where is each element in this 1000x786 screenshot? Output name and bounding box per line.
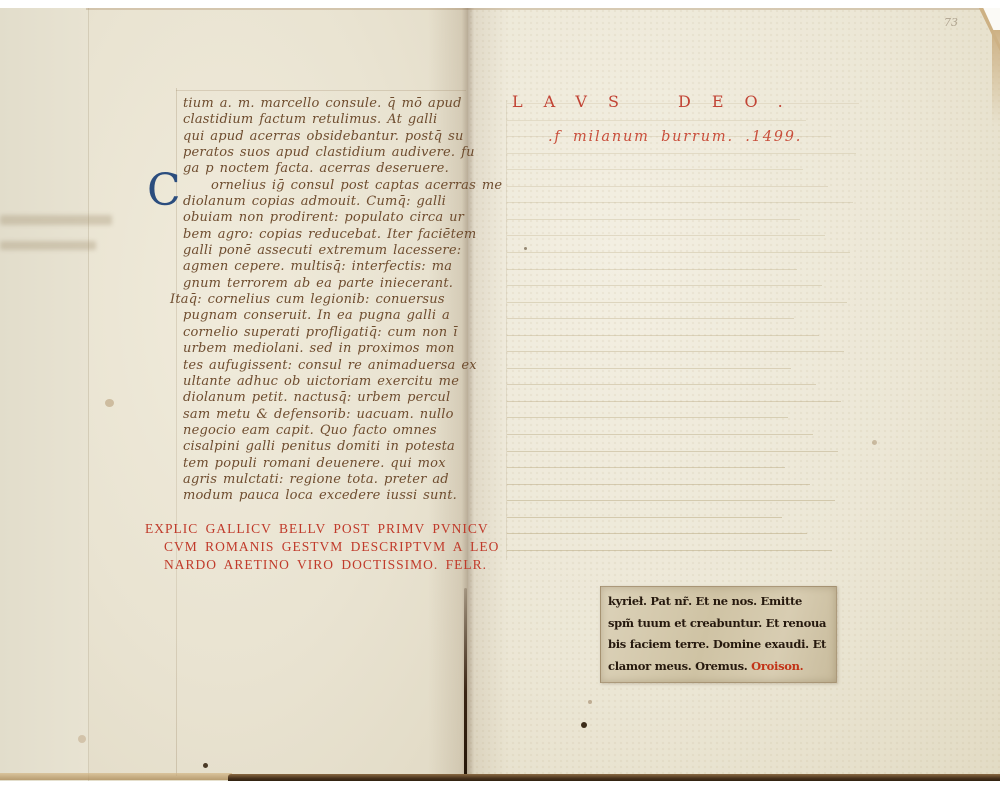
manuscript-line: peratos suos apud clastidium audivere. f… [183, 145, 479, 161]
ruled-line [507, 451, 838, 452]
speck [872, 440, 877, 445]
photo-frame-bottom [0, 781, 1000, 786]
paragraph: ornelius iḡ consul post captas acerras m… [183, 178, 479, 292]
fragment-text: bis faciem terre. Domine exaudi. Et [608, 637, 826, 651]
speck [78, 735, 86, 743]
manuscript-line: tium a. m. marcello consule. q̄ mō apud [183, 96, 479, 112]
ruled-line [507, 285, 822, 286]
manuscript-line: urbem mediolani. sed in proximos mon [183, 341, 479, 357]
manuscript-photo: tium a. m. marcello consule. q̄ mō apudc… [0, 0, 1000, 786]
right-fore-edge [992, 30, 1000, 125]
fragment-line: clamor meus. Oremus. Oroison. [608, 656, 829, 678]
ruled-line [507, 318, 794, 319]
gutter-line [464, 588, 467, 778]
manuscript-line: gnum terrorem ab ea parte iniecerant. [183, 276, 479, 292]
page-top-edge [86, 8, 986, 10]
ruled-line [507, 434, 813, 435]
drop-cap-initial-c: C [147, 172, 181, 210]
ruled-line [507, 467, 785, 468]
manuscript-line: diolanum copias admouit. Cumq̄: galli [183, 194, 479, 210]
fragment-line: kyrieł. Pat nr̃. Et ne nos. Emitte [608, 591, 829, 613]
manuscript-line: galli ponē assecuti extremum lacessere: [183, 243, 479, 259]
manuscript-line: modum pauca loca excedere iussi sunt. [183, 488, 479, 504]
pasted-fragment: kyrieł. Pat nr̃. Et ne nos. Emittespm̃ t… [600, 586, 837, 683]
manuscript-line: cisalpini galli penitus domiti in potest… [183, 439, 479, 455]
left-bottom-page-edges [0, 773, 232, 780]
manuscript-line: qui apud acerras obsidebantur. postq̄ su [183, 129, 479, 145]
ruled-line [507, 533, 807, 534]
ruled-line [507, 517, 782, 518]
ruled-line [507, 153, 856, 154]
ruled-line [507, 384, 816, 385]
ruled-line [507, 500, 835, 501]
ruled-line [507, 368, 791, 369]
manuscript-line: pugnam conseruit. In ea pugna galli a [183, 308, 479, 324]
explicit-line: CVM ROMANIS GESTVM DESCRIPTVM A LEO [164, 538, 499, 556]
speck [581, 722, 587, 728]
ruled-line [507, 186, 828, 187]
manuscript-line: clastidium factum retulimus. At galli [183, 112, 479, 128]
ruled-line [507, 120, 806, 121]
manuscript-line: negocio eam capit. Quo facto omnes [183, 423, 479, 439]
manuscript-line: ornelius iḡ consul post captas acerras m… [183, 178, 479, 194]
manuscript-line: sam metu & defensorib: uacuam. nullo [183, 407, 479, 423]
left-top-rule [176, 90, 466, 91]
ruled-line [507, 550, 832, 551]
manuscript-line: bem agro: copias reducebat. Iter faciēte… [183, 227, 479, 243]
left-page-edge-stack [0, 8, 89, 781]
fragment-text: clamor meus. Oremus. [608, 659, 751, 673]
ruled-line [507, 335, 819, 336]
manuscript-line: tes aufugissent: consul re animaduersa e… [183, 358, 479, 374]
manuscript-line: ga p noctem facta. acerras deseruere. [183, 161, 479, 177]
manuscript-line: diolanum petit. nactusq̄: urbem percul [183, 390, 479, 406]
manuscript-line: tem populi romani deuenere. qui mox [183, 456, 479, 472]
laus-deo-heading: LAVS DEO. [512, 92, 804, 111]
manuscript-line: ultante adhuc ob uictoriam exercitu me [183, 374, 479, 390]
ruled-line [507, 351, 844, 352]
show-through-text [0, 241, 96, 250]
ruled-line [507, 252, 850, 253]
ruled-line [507, 401, 841, 402]
ruled-line [507, 169, 803, 170]
photo-frame-top [0, 0, 1000, 8]
scribal-inscription: .f milanum burrum. .1499. [548, 129, 802, 145]
speck [524, 247, 527, 250]
speck [105, 399, 114, 407]
fragment-lines: kyrieł. Pat nr̃. Et ne nos. Emittespm̃ t… [608, 591, 829, 677]
manuscript-line: Itaq̄: cornelius cum legionib: conuersus [170, 292, 479, 308]
ruled-line [507, 417, 788, 418]
fragment-text: spm̃ tuum et creabuntur. Et renoua [608, 616, 826, 630]
manuscript-line: agris mulctati: regione tota. preter ad [183, 472, 479, 488]
fragment-line: spm̃ tuum et creabuntur. Et renoua [608, 613, 829, 635]
fragment-line: bis faciem terre. Domine exaudi. Et [608, 634, 829, 656]
oroison-red-word: Oroison. [751, 659, 803, 673]
fragment-text: kyrieł. Pat nr̃. Et ne nos. Emitte [608, 594, 802, 608]
explicit-block: EXPLIC GALLICV BELLV POST PRIMV PVNICVCV… [164, 520, 499, 573]
left-text-block: tium a. m. marcello consule. q̄ mō apudc… [183, 96, 479, 505]
ruled-line [507, 219, 800, 220]
manuscript-line: cornelio superati profligatiq̄: cum non … [183, 325, 479, 341]
manuscript-line: agmen cepere. multisq̄: interfectis: ma [183, 259, 479, 275]
paragraph: Itaq̄: cornelius cum legionib: conuersus… [183, 292, 479, 504]
explicit-line: NARDO ARETINO VIRO DOCTISSIMO. FELR. [164, 556, 499, 574]
paragraph: tium a. m. marcello consule. q̄ mō apudc… [183, 96, 479, 178]
manuscript-line: obuiam non prodirent: populato circa ur [183, 210, 479, 226]
speck [588, 700, 592, 704]
ruled-line [507, 202, 853, 203]
ruled-line [507, 235, 825, 236]
speck [203, 763, 208, 768]
ruled-line [507, 302, 847, 303]
folio-number: 73 [944, 16, 958, 29]
show-through-text [0, 215, 112, 225]
ruled-line [507, 269, 797, 270]
explicit-line: EXPLIC GALLICV BELLV POST PRIMV PVNICV [145, 520, 499, 538]
ruled-line [507, 484, 810, 485]
